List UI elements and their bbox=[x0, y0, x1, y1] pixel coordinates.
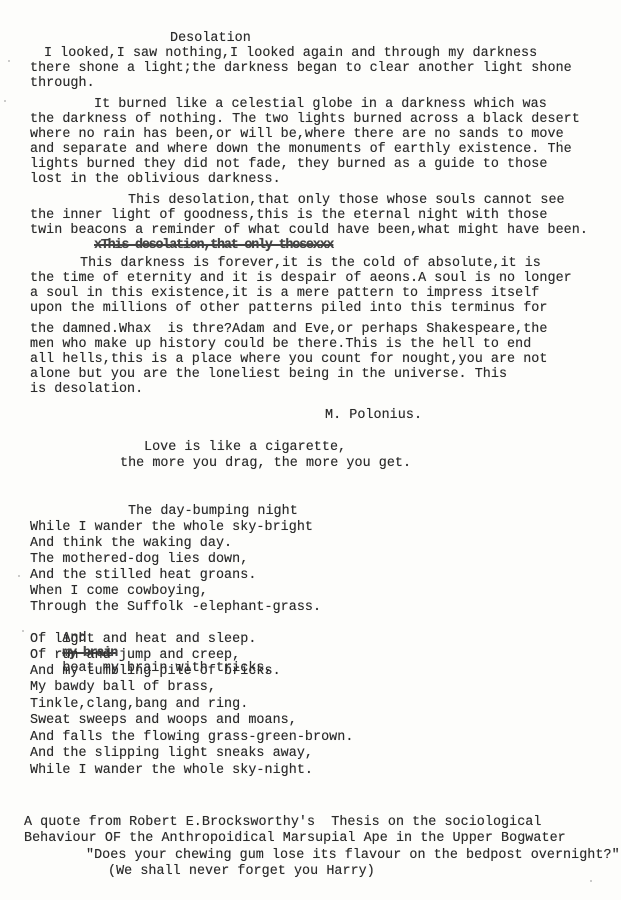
paper-speck bbox=[18, 575, 20, 577]
essay-line: I looked,I saw nothing,I looked again an… bbox=[44, 46, 537, 61]
paper-speck bbox=[590, 880, 592, 882]
essay-line: twin beacons a reminder of what could ha… bbox=[30, 223, 588, 238]
essay-line: a soul in this existence,it is a mere pa… bbox=[30, 286, 539, 301]
poem-line: Of run and jump and creep, bbox=[30, 648, 240, 663]
poem-line: Sweat sweeps and woops and moans, bbox=[30, 713, 297, 728]
aphorism-line-1: Love is like a cigarette, bbox=[144, 440, 346, 455]
paper-speck bbox=[560, 140, 562, 142]
essay-line: upon the millions of other patterns pile… bbox=[30, 301, 547, 316]
quote-line-1: A quote from Robert E.Brocksworthy's The… bbox=[24, 815, 541, 830]
poem-line: And my tumbling pile of bricks. bbox=[30, 664, 281, 679]
poem-line: Tinkle,clang,bang and ring. bbox=[30, 697, 248, 712]
paper-speck bbox=[4, 100, 6, 102]
essay-line: where no rain has been,or will be,where … bbox=[30, 127, 564, 142]
essay-line: is desolation. bbox=[30, 382, 143, 397]
essay-line: there shone a light;the darkness began t… bbox=[30, 61, 572, 76]
poem-line: While I wander the whole sky-night. bbox=[30, 763, 313, 778]
poem-line: My bawdy ball of brass, bbox=[30, 680, 216, 695]
essay-signature: M. Polonius. bbox=[325, 408, 422, 423]
essay-line: all hells,this is a place where you coun… bbox=[30, 352, 547, 367]
poem-line: And the stilled heat groans. bbox=[30, 568, 256, 583]
struck-out-line: xThis desolation,that only thosexxx bbox=[94, 238, 333, 253]
essay-line: the time of eternity and it is despair o… bbox=[30, 271, 572, 286]
essay-line: This desolation,that only those whose so… bbox=[128, 193, 565, 208]
poem-line: While I wander the whole sky-bright bbox=[30, 520, 313, 535]
essay-line: lights burned they did not fade, they bu… bbox=[30, 157, 547, 172]
essay-title: Desolation bbox=[170, 31, 251, 46]
paper-speck bbox=[8, 60, 10, 62]
poem-title: The day-bumping night bbox=[128, 504, 298, 519]
poem-line: And think the waking day. bbox=[30, 536, 232, 551]
essay-line: the inner light of goodness,this is the … bbox=[30, 208, 547, 223]
poem-line: The mothered-dog lies down, bbox=[30, 552, 248, 567]
poem-line: When I come cowboying, bbox=[30, 584, 208, 599]
quote-line-3: "Does your chewing gum lose its flavour … bbox=[86, 848, 620, 863]
poem-line: Through the Suffolk -elephant-grass. bbox=[30, 600, 321, 615]
essay-line: It burned like a celestial globe in a da… bbox=[94, 97, 547, 112]
essay-line: through. bbox=[30, 76, 95, 91]
essay-line: This darkness is forever,it is the cold … bbox=[80, 256, 541, 271]
poem-line: And falls the flowing grass-green-brown. bbox=[30, 730, 353, 745]
essay-line: and separate and where down the monument… bbox=[30, 142, 572, 157]
essay-line: the darkness of nothing. The two lights … bbox=[30, 112, 580, 127]
essay-line: alone but you are the loneliest being in… bbox=[30, 367, 507, 382]
poem-line: And the slipping light sneaks away, bbox=[30, 746, 313, 761]
quote-line-4: (We shall never forget you Harry) bbox=[108, 864, 375, 879]
poem-line: Of light and heat and sleep. bbox=[30, 632, 256, 647]
typewritten-page: Desolation I looked,I saw nothing,I look… bbox=[0, 0, 621, 900]
essay-line: the damned.Whax is thre?Adam and Eve,or … bbox=[30, 322, 547, 337]
essay-line: lost in the oblivious darkness. bbox=[30, 172, 281, 187]
quote-line-2: Behaviour OF the Anthropoidical Marsupia… bbox=[24, 831, 566, 846]
paper-speck bbox=[22, 630, 24, 632]
aphorism-line-2: the more you drag, the more you get. bbox=[120, 456, 411, 471]
essay-line: men who make up history could be there.T… bbox=[30, 337, 531, 352]
